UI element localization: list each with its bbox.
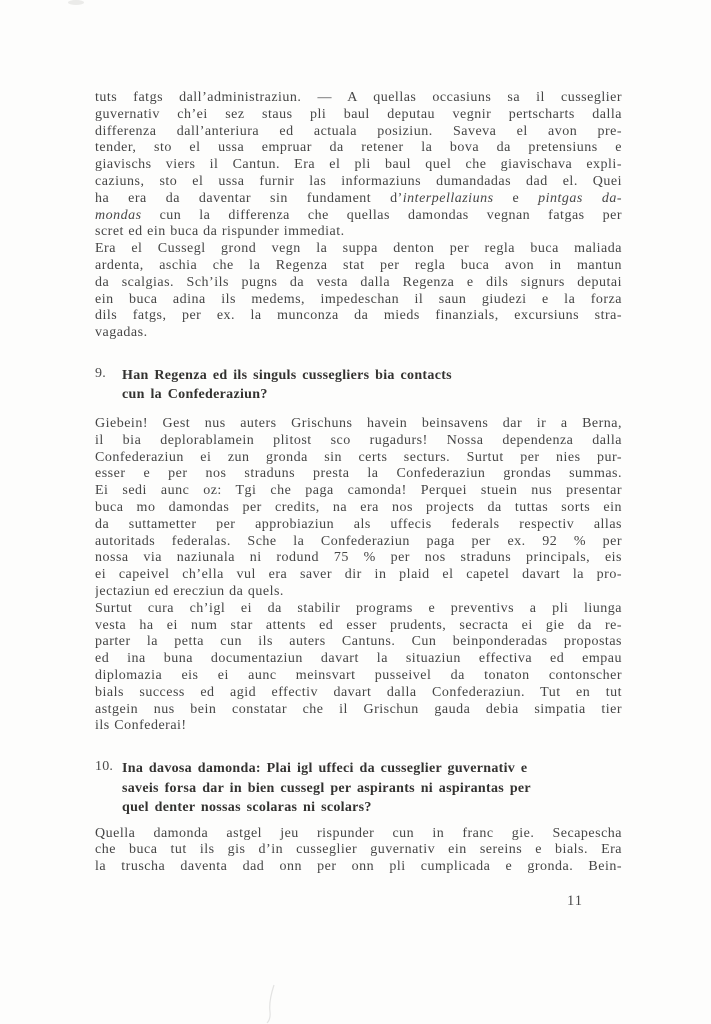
text-line: Confederaziun ei zun gronda sin certs se…	[95, 450, 622, 467]
text-line: giavischs viers il Cantun. Era el pli ba…	[95, 157, 622, 174]
paragraph-answer-9a: Giebein! Gest nus auters Grischuns havei…	[95, 416, 622, 601]
text-line: parter la petta cun ils auters Cantuns. …	[95, 634, 622, 651]
question-10-heading: 10.Ina davosa damonda: Plai igl uffeci d…	[95, 759, 622, 818]
text-line: cun la Confederaziun?	[122, 385, 622, 405]
text-line: quel denter nossas scolaras ni scolars?	[122, 798, 622, 818]
text-line: tender, sto el ussa empruar da retener l…	[95, 140, 622, 157]
text-line: dils fatgs, per ex. la munconza da mieds…	[95, 308, 622, 325]
question-9-heading: 9.Han Regenza ed ils singuls cussegliers…	[95, 366, 622, 405]
text-line: la truscha daventa dad onn per onn pli c…	[95, 859, 622, 876]
text-line: ei capeivel ch’ella vul era saver dir in…	[95, 567, 622, 584]
text-line: vagadas.	[95, 325, 622, 342]
section-number: 10.	[95, 759, 113, 775]
text-line: Surtut cura ch’igl ei da stabilir progra…	[95, 601, 622, 618]
scan-hair-artifact	[262, 984, 282, 1024]
text-line: che buca tut ils gis d’in cusseglier guv…	[95, 842, 622, 859]
section-number: 9.	[95, 366, 106, 382]
text-line: Ei sedi aunc oz: Tgi che paga camonda! P…	[95, 483, 622, 500]
text-line: mondas cun la differenza che quellas dam…	[95, 208, 622, 225]
text-line: ed ina buna documentaziun davart la situ…	[95, 651, 622, 668]
text-line: esser e per nos straduns presta la Confe…	[95, 466, 622, 483]
text-line: da suttametter per approbiaziun als uffe…	[95, 517, 622, 534]
text-line: ardenta, aschia che la Regenza stat per …	[95, 258, 622, 275]
text-line: vesta ha ei num star attents ed esser pr…	[95, 618, 622, 635]
text-line: Han Regenza ed ils singuls cussegliers b…	[122, 366, 622, 386]
text-line: da scalgias. Sch’ils pugns da vesta dall…	[95, 275, 622, 292]
text-line: ils Confederai!	[95, 718, 622, 735]
paragraph-cussegl-grond: Era el Cussegl grond vegn la suppa dento…	[95, 241, 622, 342]
text-line: guvernativ ch’ei sez staus pli baul depu…	[95, 107, 622, 124]
text-line: scret ed ein buca da rispunder immediat.	[95, 224, 622, 241]
text-line: caziuns, sto el ussa furnir las informaz…	[95, 174, 622, 191]
text-line: il bia deplorablamein plitost sco rugadu…	[95, 433, 622, 450]
text-line: astgein nus bein constatar che il Grisch…	[95, 702, 622, 719]
text-line: autoritads federalas. Sche la Confederaz…	[95, 534, 622, 551]
text-line: diplomazia eis ei aunc meinsvart pusseiv…	[95, 668, 622, 685]
text-line: tuts fatgs dall’administraziun. — A quel…	[95, 90, 622, 107]
text-line: saveis forsa dar in bien cussegl per asp…	[122, 779, 622, 799]
paragraph-continuation: tuts fatgs dall’administraziun. — A quel…	[95, 90, 622, 241]
text-line: ein buca adina ils medems, impedeschan i…	[95, 292, 622, 309]
page-number: 11	[567, 893, 583, 910]
text-line: Quella damonda astgel jeu rispunder cun …	[95, 826, 622, 843]
text-line: bials success ed agid effectiv davart da…	[95, 685, 622, 702]
text-column: tuts fatgs dall’administraziun. — A quel…	[95, 90, 622, 876]
paragraph-answer-9b: Surtut cura ch’igl ei da stabilir progra…	[95, 601, 622, 735]
scanned-book-page: tuts fatgs dall’administraziun. — A quel…	[0, 0, 711, 1024]
text-line: Era el Cussegl grond vegn la suppa dento…	[95, 241, 622, 258]
text-line: buca mo damondas per credits, na era nos…	[95, 500, 622, 517]
text-line: ha era da daventar sin fundament d’inter…	[95, 191, 622, 208]
text-line: differenza dall’anteriura ed actuala pos…	[95, 124, 622, 141]
text-line: jectaziun ed erecziun da quels.	[95, 584, 622, 601]
text-line: Ina davosa damonda: Plai igl uffeci da c…	[122, 759, 622, 779]
text-line: Giebein! Gest nus auters Grischuns havei…	[95, 416, 622, 433]
paragraph-answer-10: Quella damonda astgel jeu rispunder cun …	[95, 826, 622, 876]
scan-smudge	[68, 0, 84, 5]
text-line: nossa via naziunala ni rodund 75 % per n…	[95, 550, 622, 567]
